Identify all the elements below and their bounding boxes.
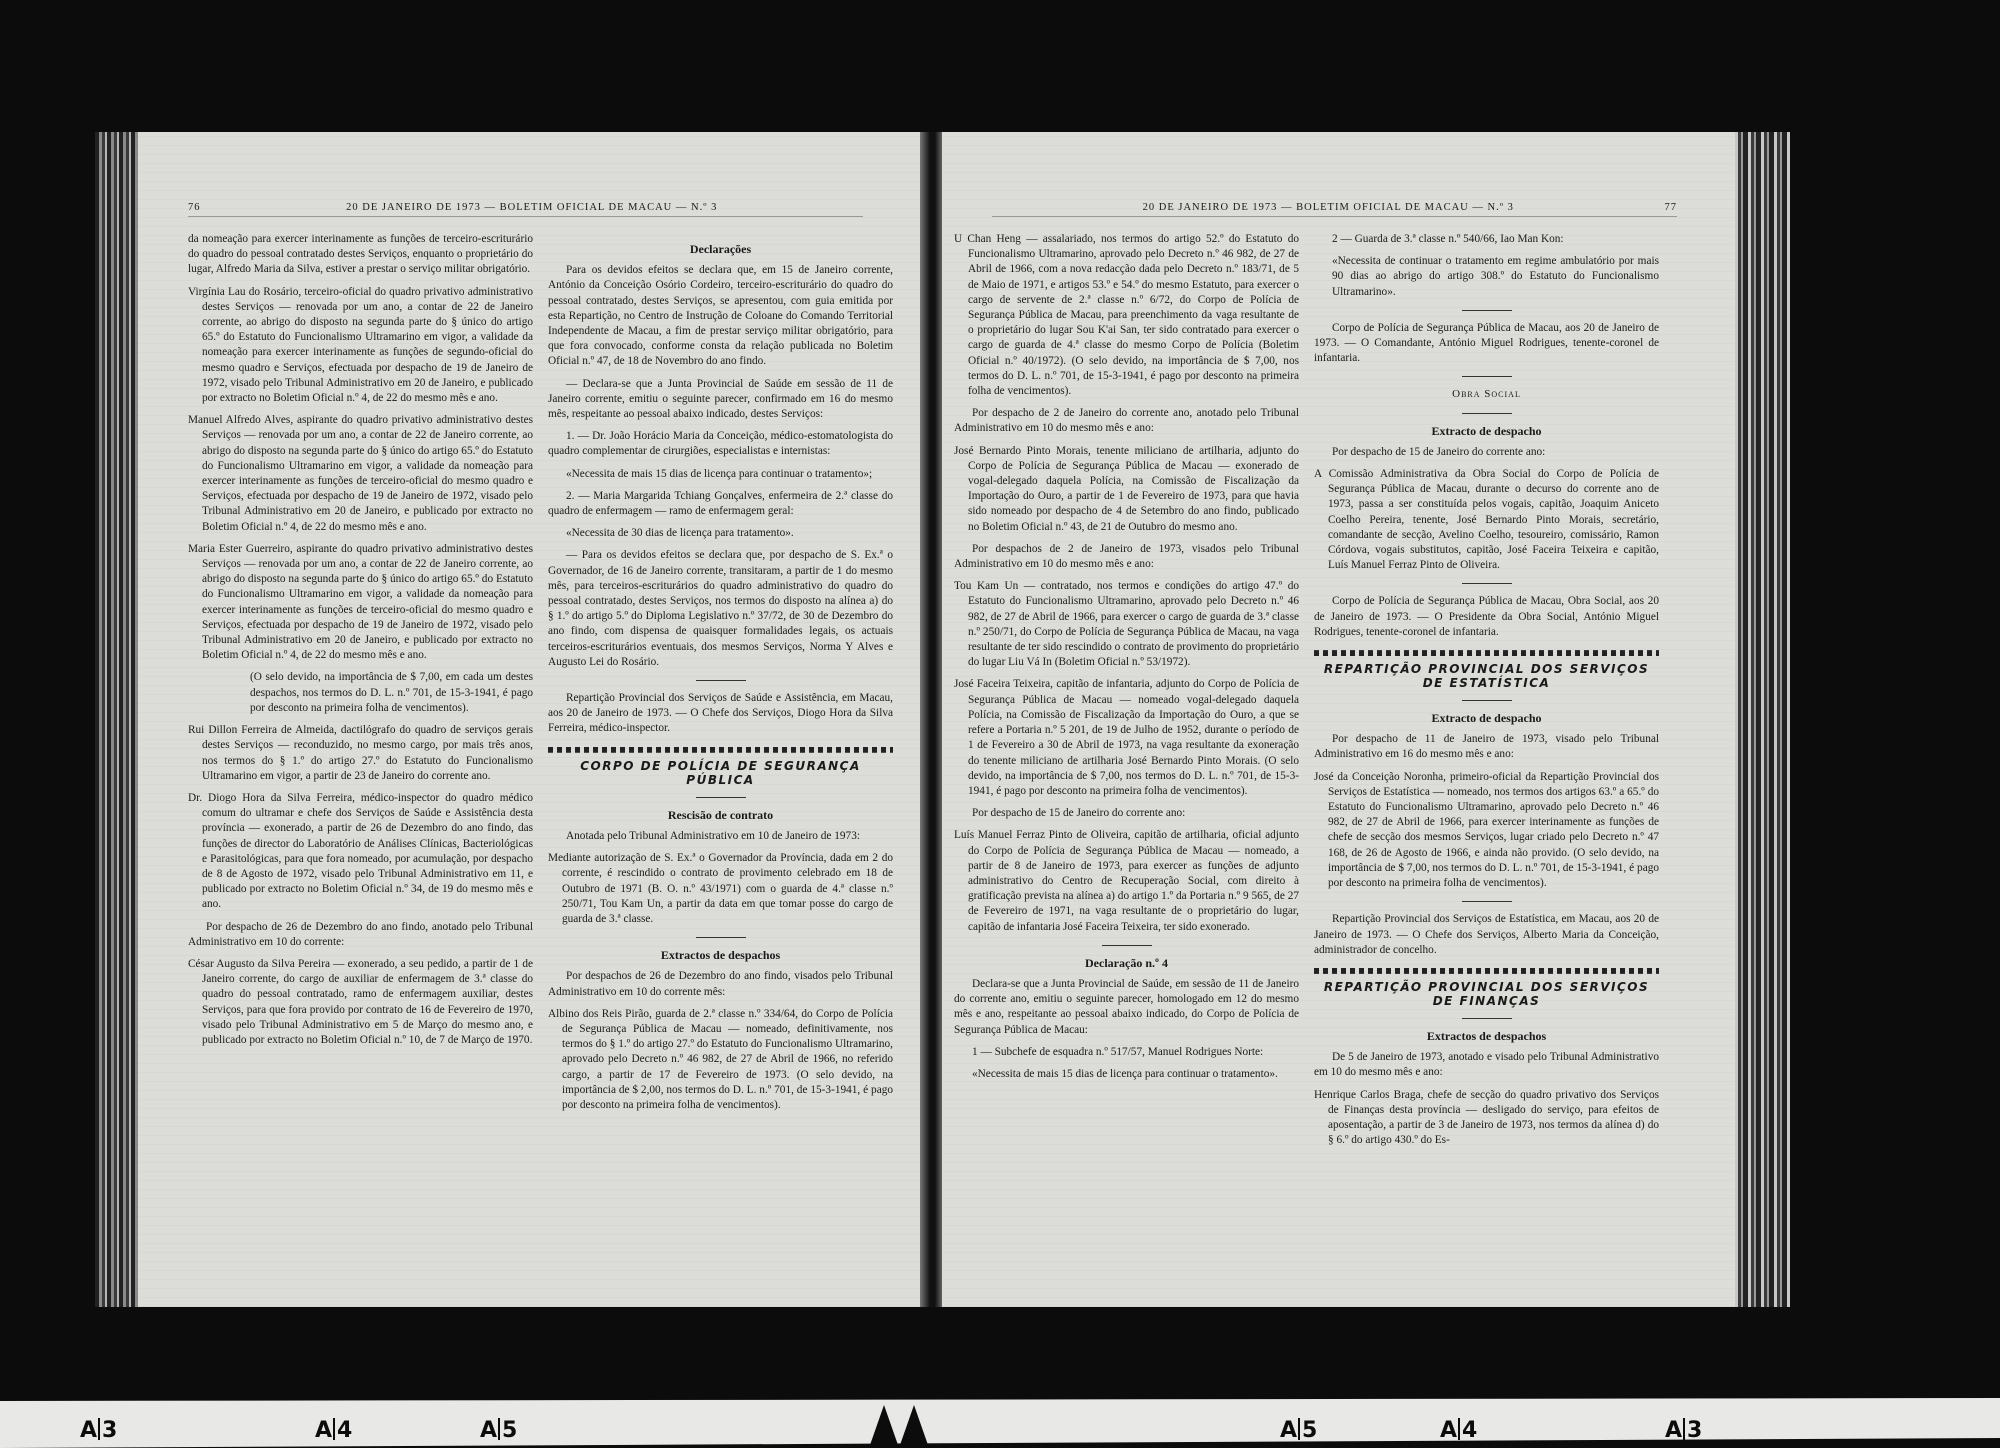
film-frame-mark: A4 [1440,1418,1476,1443]
paragraph: «Necessita de 30 dias de licença para tr… [548,526,893,541]
subheading: Extractos de despachos [548,948,893,963]
divider-rule [1462,583,1512,584]
running-head-title: 20 DE JANEIRO DE 1973 — BOLETIM OFICIAL … [1143,202,1514,213]
paragraph: Para os devidos efeitos se declara que, … [548,263,893,369]
paragraph: Anotada pelo Tribunal Administrativo em … [548,829,893,844]
paragraph: — Para os devidos efeitos se declara que… [548,548,893,670]
paragraph: A Comissão Administrativa da Obra Social… [1314,467,1659,573]
paragraph: Maria Ester Guerreiro, aspirante do quad… [188,542,533,664]
subheading: Declaração n.º 4 [954,956,1299,971]
film-frame-mark: A5 [1280,1418,1316,1443]
column-right-1: U Chan Heng — assalariado, nos termos do… [954,232,1299,1089]
paragraph: Repartição Provincial dos Serviços de Sa… [548,691,893,737]
paragraph: José da Conceição Noronha, primeiro-ofic… [1314,770,1659,892]
divider-rule [1462,413,1512,414]
page-stack-edge-left [95,132,140,1307]
paragraph: 2 — Guarda de 3.ª classe n.º 540/66, Iao… [1314,232,1659,247]
paragraph: Rui Dillon Ferreira de Almeida, dactilóg… [188,723,533,784]
column-left-2: DeclaraçõesPara os devidos efeitos se de… [548,232,893,1120]
subheading: Extracto de despacho [1314,424,1659,439]
paragraph: Mediante autorização de S. Ex.ª o Govern… [548,851,893,927]
page-left: 76 20 DE JANEIRO DE 1973 — BOLETIM OFICI… [138,132,923,1307]
film-frame-mark: A3 [1665,1418,1701,1443]
paragraph: Repartição Provincial dos Serviços de Es… [1314,912,1659,958]
section-heading: REPARTIÇÃO PROVINCIAL DOS SERVIÇOS DE FI… [1314,980,1659,1008]
film-notch-icon [870,1405,898,1445]
paragraph: Dr. Diogo Hora da Silva Ferreira, médico… [188,791,533,913]
film-notch-icon [900,1405,928,1445]
paragraph: José Faceira Teixeira, capitão de infant… [954,677,1299,799]
paragraph: José Bernardo Pinto Morais, tenente mili… [954,444,1299,535]
page-number: 76 [188,202,201,213]
section-heading: CORPO DE POLÍCIA DE SEGURANÇA PÚBLICA [548,759,893,787]
divider-rule [696,937,746,938]
paragraph: Luís Manuel Ferraz Pinto de Oliveira, ca… [954,828,1299,934]
paragraph: da nomeação para exercer interinamente a… [188,232,533,278]
divider-rule [1462,376,1512,377]
paragraph: Por despacho de 2 de Janeiro do corrente… [954,406,1299,436]
divider-rule [1102,945,1152,946]
divider-rule [1462,310,1512,311]
paragraph: «Necessita de continuar o tratamento em … [1314,254,1659,300]
ornamental-divider [548,747,893,753]
paragraph: Corpo de Polícia de Segurança Pública de… [1314,594,1659,640]
paragraph: Por despacho de 11 de Janeiro de 1973, v… [1314,732,1659,762]
paragraph: Manuel Alfredo Alves, aspirante do quadr… [188,413,533,535]
paragraph: 2. — Maria Margarida Tchiang Gonçalves, … [548,489,893,519]
subheading: Rescisão de contrato [548,808,893,823]
subheading: Extractos de despachos [1314,1029,1659,1044]
paragraph: «Necessita de mais 15 dias de licença pa… [548,467,893,482]
film-frame-mark: A5 [480,1418,516,1443]
column-left-1: da nomeação para exercer interinamente a… [188,232,533,1055]
column-right-2: 2 — Guarda de 3.ª classe n.º 540/66, Iao… [1314,232,1659,1155]
paragraph: Tou Kam Un — contratado, nos termos e co… [954,579,1299,670]
subheading: Extracto de despacho [1314,711,1659,726]
ornamental-divider [1314,650,1659,656]
paragraph: U Chan Heng — assalariado, nos termos do… [954,232,1299,399]
paragraph: Por despachos de 26 de Dezembro do ano f… [548,969,893,999]
divider-rule [696,797,746,798]
paragraph: César Augusto da Silva Pereira — exonera… [188,957,533,1048]
film-frame-mark: A3 [80,1418,116,1443]
page-stack-edge-right [1735,132,1790,1307]
paragraph: Virgínia Lau do Rosário, terceiro-oficia… [188,285,533,407]
ornamental-divider [1314,968,1659,974]
page-number: 77 [1664,202,1677,213]
running-head-right: 20 DE JANEIRO DE 1973 — BOLETIM OFICIAL … [992,202,1677,217]
paragraph: 1 — Subchefe de esquadra n.º 517/57, Man… [954,1045,1299,1060]
paragraph: Corpo de Polícia de Segurança Pública de… [1314,321,1659,367]
page-right: 20 DE JANEIRO DE 1973 — BOLETIM OFICIAL … [942,132,1737,1307]
running-head-title: 20 DE JANEIRO DE 1973 — BOLETIM OFICIAL … [346,202,717,213]
paragraph: (O selo devido, na importância de $ 7,00… [188,670,533,716]
divider-rule [1462,1018,1512,1019]
paragraph: De 5 de Janeiro de 1973, anotado e visad… [1314,1050,1659,1080]
paragraph: Por despachos de 2 de Janeiro de 1973, v… [954,542,1299,572]
film-frame-mark: A4 [315,1418,351,1443]
paragraph: Por despacho de 15 de Janeiro do corrent… [954,806,1299,821]
paragraph: «Necessita de mais 15 dias de licença pa… [954,1067,1299,1082]
paragraph: Por despacho de 15 de Janeiro do corrent… [1314,445,1659,460]
subheading: Declarações [548,242,893,257]
paragraph: 1. — Dr. João Horácio Maria da Conceição… [548,429,893,459]
paragraph: Henrique Carlos Braga, chefe de secção d… [1314,1088,1659,1149]
divider-rule [696,680,746,681]
divider-rule [1462,700,1512,701]
section-label: Obra Social [1314,387,1659,402]
running-head-left: 76 20 DE JANEIRO DE 1973 — BOLETIM OFICI… [188,202,863,217]
paragraph: — Declara-se que a Junta Provincial de S… [548,377,893,423]
section-heading: REPARTIÇÃO PROVINCIAL DOS SERVIÇOS DE ES… [1314,662,1659,690]
paragraph: Declara-se que a Junta Provincial de Saú… [954,977,1299,1038]
paragraph: Albino dos Reis Pirão, guarda de 2.ª cla… [548,1007,893,1113]
paragraph: Por despacho de 26 de Dezembro do ano fi… [188,920,533,950]
divider-rule [1462,901,1512,902]
